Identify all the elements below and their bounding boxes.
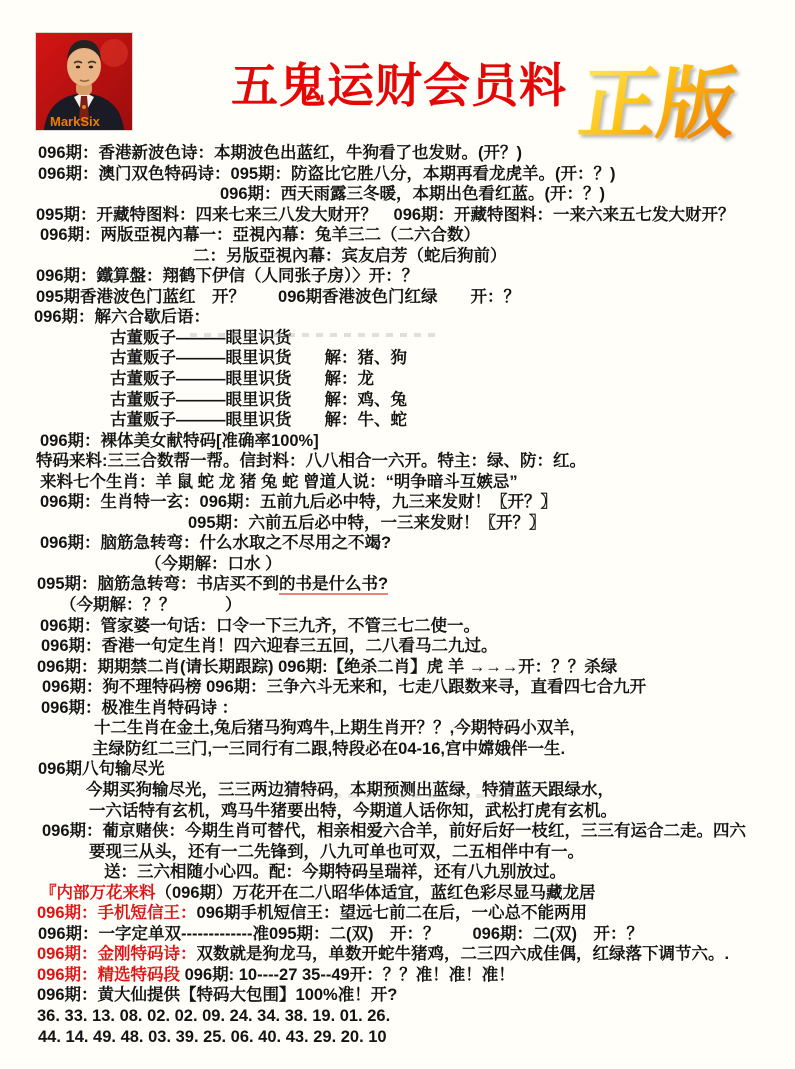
text-line: 095期：六前五后必中特，一三来发财！〖开？〗 [0,513,795,534]
line-text: 095期：开藏特图料：四来七来三八发大财开？ 096期：开藏特图料：一来六来五七… [36,206,735,224]
text-line: 096期：生肖特一玄：096期：五前九后必中特，九三来发财！〖开？〗 [0,492,795,513]
text-line: 今期买狗输尽光，三三两边猜特码，本期预测出蓝绿，特猜蓝天跟绿水， [0,780,795,801]
text-line: 44. 14. 49. 48. 03. 39. 25. 06. 40. 43. … [0,1027,795,1048]
line-text: 095期：六前五后必中特，一三来发财！〖开？〗 [188,514,546,532]
text-line: 096期：期期禁二肖(请长期跟踪) 096期:【绝杀二肖】虎 羊 →→→开：？？… [0,657,795,678]
line-text: 送：三六相随小心四。配：今期特码呈瑞祥，还有八九别放过。 [104,863,566,881]
line-text: 古董贩子———眼里识货 解：龙 [110,370,374,388]
genuine-badge: 正版 [574,60,743,150]
text-line: 096期：金刚特码诗：双数就是狗龙马，单数开蛇牛猪鸡，二三四六成佳偶，红绿落下调… [0,944,795,965]
line-text: 44. 14. 49. 48. 03. 39. 25. 06. 40. 43. … [38,1028,387,1046]
line-text: 主绿防红二三门,一三同行有二跟,特段必在04-16,宫中嫦娥伴一生. [92,740,565,758]
text-line: 096期：两版亞視內幕一：亞視內幕：兔羊三二（二六合数） [0,225,795,246]
line-text: 十二生肖在金土,兔后猪马狗鸡牛,上期生肖开？？,今期特码小双羊, [94,719,574,737]
text-line: 特码来料:三三合数帮一帮。信封料：八八相合一六开。特主：绿、防：红。 [0,451,795,472]
line-text: 096期：两版亞視內幕一：亞視內幕：兔羊三二（二六合数） [40,226,480,244]
portrait-photo: MarkSix [36,33,132,130]
text-line: 一六话特有玄机，鸡马牛猪要出特，今期道人话你知，武松打虎有玄机。 [0,801,795,822]
text-line: 『内部万花来料（096期）万花开在二八昭华体适宜，蓝红色彩尽显马藏龙居 [0,883,795,904]
text-line: 096期：解六合歇后语： [0,307,795,328]
text-line: 古董贩子———眼里识货 解：鸡、兔 [0,390,795,411]
text-line: 十二生肖在金土,兔后猪马狗鸡牛,上期生肖开？？,今期特码小双羊, [0,718,795,739]
text-line: 古董贩子———眼里识货 解：牛、蛇 [0,410,795,431]
line-text: 096期手机短信王：望远七前二在后，一心总不能两用 [197,904,588,922]
line-text: 096期：极准生肖特码诗 ： [41,699,238,717]
text-line: 096期：黄大仙提供【特码大包围】100%准！开? [0,985,795,1006]
line-text: 096期：西天雨露三冬暖，本期出色看红蓝。(开：？) [220,185,605,203]
line-text: 096期：生肖特一玄：096期：五前九后必中特，九三来发财！〖开？〗 [40,493,557,511]
text-line: 古董贩子———眼里识货 解：猪、狗 [0,348,795,369]
line-text: 096期：澳门双色特码诗：095期：防盗比它胜八分，本期再看龙虎羊。(开：？) [38,165,616,183]
text-line: 古董贩子———眼里识货 解：龙 [0,369,795,390]
line-text: 古董贩子———眼里识货 [110,329,292,347]
red-label: 096期：精选特码段 [37,966,180,984]
text-line: 096期：管家婆一句话：口令一下三九齐，不管三七二使一。 [0,616,795,637]
line-text: 096期：鐵算盤：翔鹤下伊信（人同张子房）〉开：？ [36,267,418,285]
text-line: 二：另版亞視內幕：宾友启芳（蛇后狗前） [0,246,795,267]
text-line: 096期：葡京赌侠：今期生肖可替代，相亲相爱六合羊，前好后好一枝红，三三有运合二… [0,821,795,842]
line-text: 一六话特有玄机，鸡马牛猪要出特，今期道人话你知，武松打虎有玄机。 [89,802,617,820]
line-text: 096期：期期禁二肖(请长期跟踪) 096期:【绝杀二肖】虎 羊 →→→开：？？… [37,658,617,676]
tip-sheet-page: { "page": { "title": "五鬼运财会员料", "title_c… [0,0,795,1069]
line-text: 的书是什么书? [279,575,388,595]
line-text: 要现三从头，还有一二先锋到，八九可单也可双，二五相伴中有一。 [89,843,584,861]
line-text: 096期：解六合歇后语： [34,308,210,326]
line-text: 096期：一字定单双-------------准095期：二(双) 开：？ 09… [38,925,643,943]
text-line: 095期：开藏特图料：四来七来三八发大财开？ 096期：开藏特图料：一来六来五七… [0,205,795,226]
text-line: 送：三六相随小心四。配：今期特码呈瑞祥，还有八九别放过。 [0,862,795,883]
line-text: 096期：香港新波色诗：本期波色出蓝红，牛狗看了也发财。(开？) [38,144,522,162]
text-line: （今期解：口水 ） [0,554,795,575]
line-text: 096期: 10----27 35--49开：？？准！准！准！ [180,966,515,984]
red-label: 096期：手机短信王： [37,904,197,922]
line-text: 特码来料:三三合数帮一帮。信封料：八八相合一六开。特主：绿、防：红。 [36,452,586,470]
line-text: 095期香港波色门蓝红 开？ 096期香港波色门红绿 开：？ [36,288,520,306]
text-line: 要现三从头，还有一二先锋到，八九可单也可双，二五相伴中有一。 [0,842,795,863]
line-text: 096期：黄大仙提供【特码大包围】100%准！开? [37,986,397,1004]
line-text: 095期：脑筋急转弯：书店买不到 [37,575,279,593]
line-text: 096期：香港一句定生肖！四六迎春三五回，二八看马二九过。 [41,637,498,655]
text-line: 096期：狗不理特码榜 096期：三争六斗无来和，七走八跟数来寻，直看四七合九开 [0,677,795,698]
line-text: 096期：狗不理特码榜 096期：三争六斗无来和，七走八跟数来寻，直看四七合九开 [42,678,646,696]
text-line: 36. 33. 13. 08. 02. 02. 09. 24. 34. 38. … [0,1006,795,1027]
text-line: 096期：香港新波色诗：本期波色出蓝红，牛狗看了也发财。(开？) [0,143,795,164]
text-line: 096期：极准生肖特码诗 ： [0,698,795,719]
text-line: 096期：一字定单双-------------准095期：二(双) 开：？ 09… [0,924,795,945]
text-line: 主绿防红二三门,一三同行有二跟,特段必在04-16,宫中嫦娥伴一生. [0,739,795,760]
line-text: （今期解：？？ ） [60,596,242,614]
line-text: 096期八句输尽光 [38,760,165,778]
photo-watermark: MarkSix [50,114,101,129]
text-line: 096期：西天雨露三冬暖，本期出色看红蓝。(开：？) [0,184,795,205]
red-label: 『内部万花来料 [40,884,156,902]
text-line: 096期：精选特码段 096期: 10----27 35--49开：？？准！准！… [0,965,795,986]
line-text: 古董贩子———眼里识货 解：猪、狗 [110,349,407,367]
text-line: 096期：脑筋急转弯：什么水取之不尽用之不竭? [0,533,795,554]
line-text: 096期：脑筋急转弯：什么水取之不尽用之不竭? [40,534,391,552]
line-text: 096期：管家婆一句话：口令一下三九齐，不管三七二使一。 [40,617,480,635]
text-line: （今期解：？？ ） [0,595,795,616]
line-text: 二：另版亞視內幕：宾友启芳（蛇后狗前） [193,247,507,265]
line-text: 今期买狗输尽光，三三两边猜特码，本期预测出蓝绿，特猜蓝天跟绿水， [86,781,614,799]
line-text: 古董贩子———眼里识货 解：鸡、兔 [110,391,407,409]
text-line: 096期：香港一句定生肖！四六迎春三五回，二八看马二九过。 [0,636,795,657]
page-title: 五鬼运财会员料 [231,60,567,112]
text-line: 095期：脑筋急转弯：书店买不到的书是什么书? [0,574,795,595]
text-line: 096期：裸体美女献特码[准确率100%] [0,431,795,452]
line-text: 096期：裸体美女献特码[准确率100%] [40,432,319,450]
line-text: 36. 33. 13. 08. 02. 02. 09. 24. 34. 38. … [37,1007,390,1025]
line-text: 来料七个生肖：羊 鼠 蛇 龙 猪 兔 蛇 曾道人说：“明争暗斗互嫉忌” [40,473,518,491]
line-text: 双数就是狗龙马，单数开蛇牛猪鸡，二三四六成佳偶，红绿落下调节六。. [197,945,730,963]
text-line: 来料七个生肖：羊 鼠 蛇 龙 猪 兔 蛇 曾道人说：“明争暗斗互嫉忌” [0,472,795,493]
red-label: 096期：金刚特码诗： [37,945,197,963]
line-text: 096期：葡京赌侠：今期生肖可替代，相亲相爱六合羊，前好后好一枝红，三三有运合二… [42,822,746,840]
portrait-illustration: MarkSix [36,33,132,130]
text-line: 096期：澳门双色特码诗：095期：防盗比它胜八分，本期再看龙虎羊。(开：？) [0,164,795,185]
line-text: （今期解：口水 ） [145,555,282,573]
text-line: 096期：手机短信王：096期手机短信王：望远七前二在后，一心总不能两用 [0,903,795,924]
text-line: 095期香港波色门蓝红 开？ 096期香港波色门红绿 开：？ [0,287,795,308]
text-line: 096期：鐵算盤：翔鹤下伊信（人同张子房）〉开：？ [0,266,795,287]
text-line: 古董贩子———眼里识货 [0,328,795,349]
line-text: 古董贩子———眼里识货 解：牛、蛇 [110,411,407,429]
text-line: 096期八句输尽光 [0,759,795,780]
content-lines: 096期：香港新波色诗：本期波色出蓝红，牛狗看了也发财。(开？)096期：澳门双… [0,143,795,1047]
line-text: （096期）万花开在二八昭华体适宜，蓝红色彩尽显马藏龙居 [156,884,596,902]
